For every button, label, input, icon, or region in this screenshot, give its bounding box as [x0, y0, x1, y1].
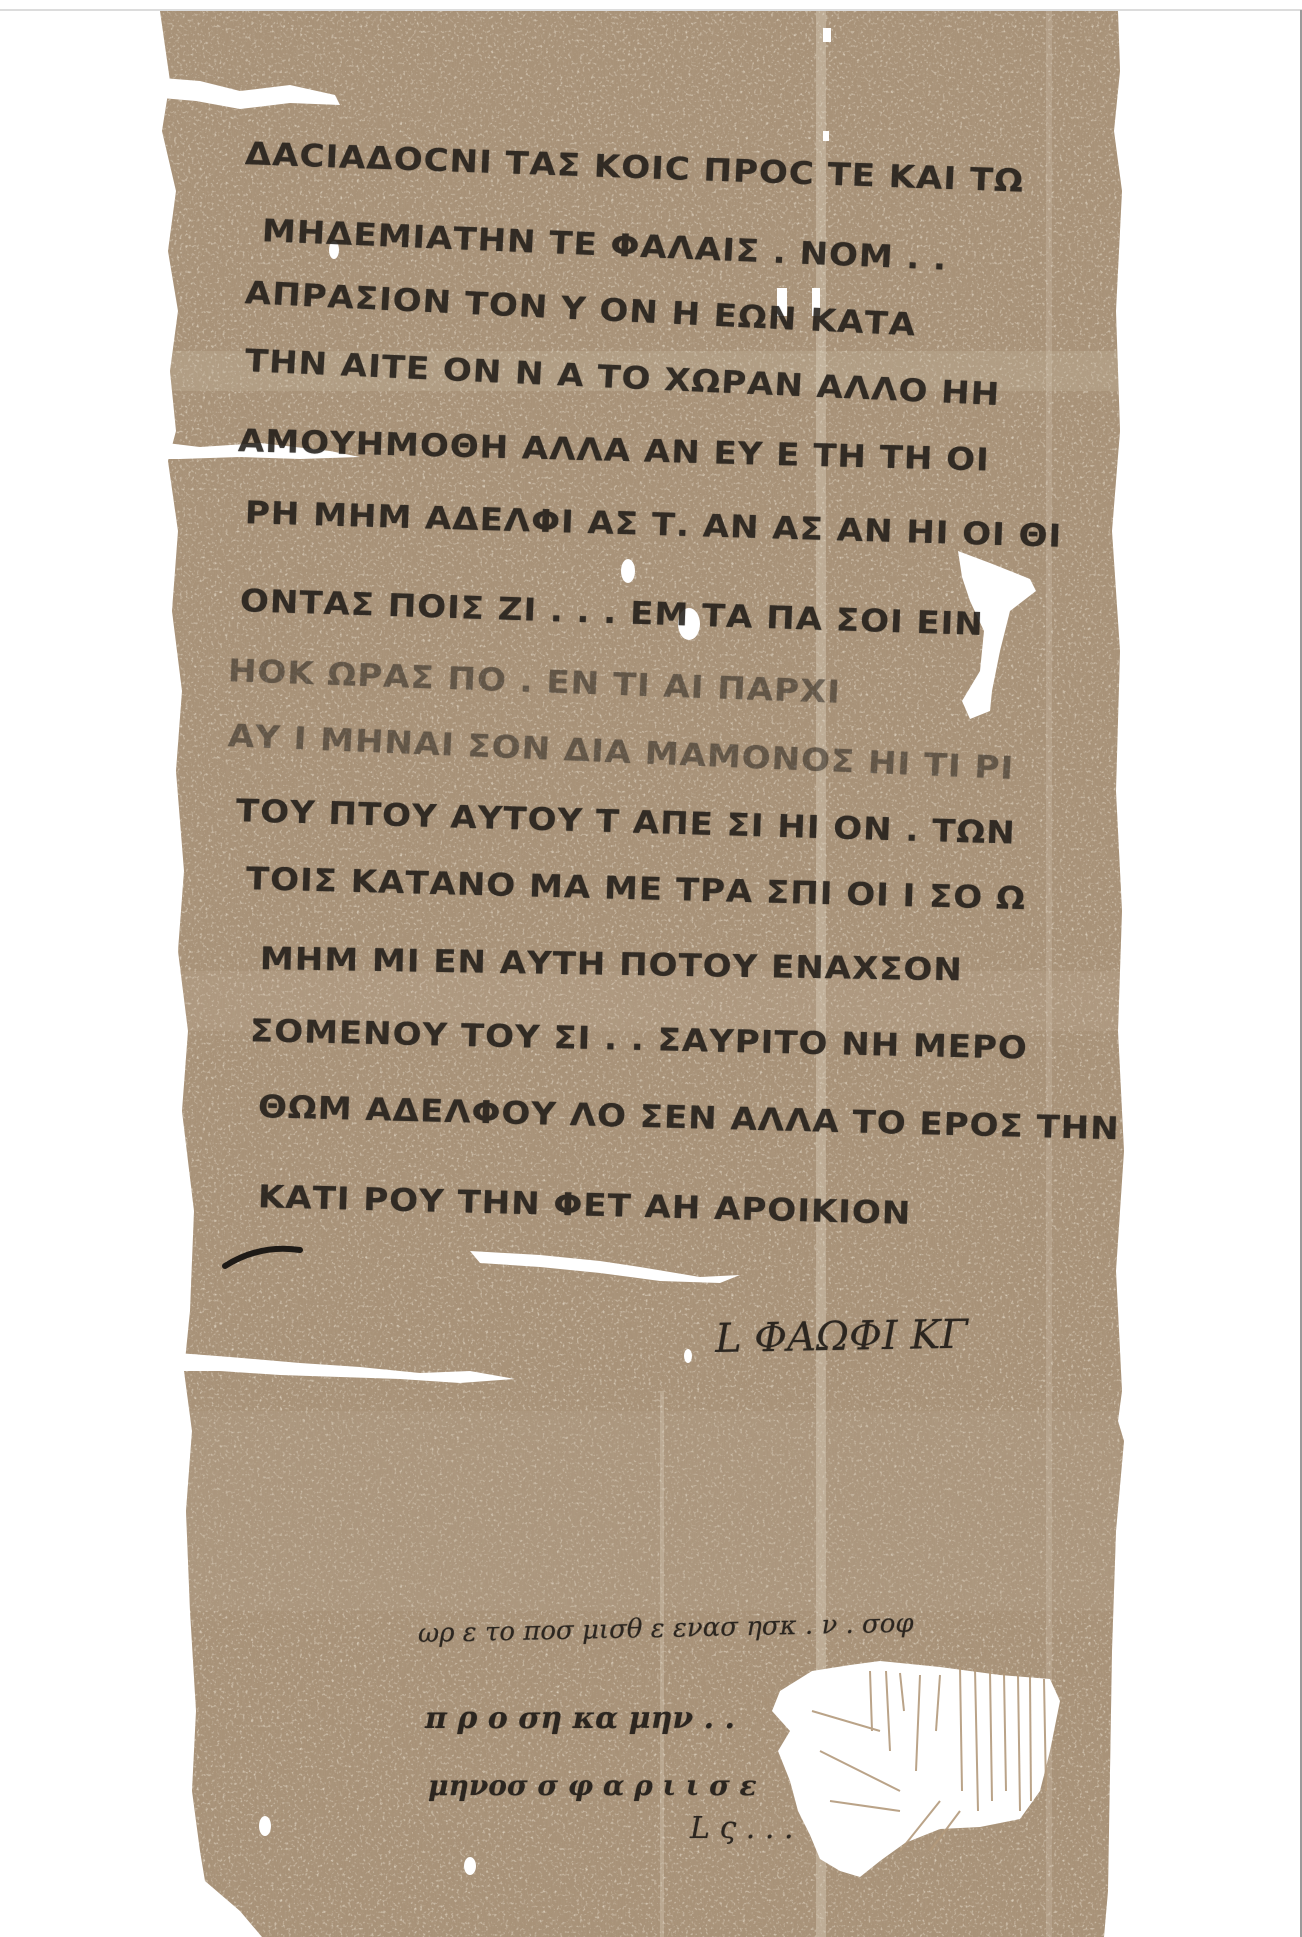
cursive-line-3: μηνοσ σ φ α ρ ι ι σ ε — [428, 1769, 757, 1802]
date-line: L ΦΑΩΦΙ ΚΓ — [715, 1312, 969, 1362]
image-canvas: ΔΑCΙΑΔΟCΝΙ ΤΑΣ ΚΟΙC ΠΡΟC ΤΕ ΚΑΙ ΤΩ ΜΗΔΕΜ… — [0, 11, 1300, 1937]
cursive-line-2: π ρ ο ση κα μην . . — [425, 1701, 735, 1736]
ink-flourish — [220, 1236, 340, 1276]
cursive-line-4: L ς . . . — [690, 1811, 793, 1846]
